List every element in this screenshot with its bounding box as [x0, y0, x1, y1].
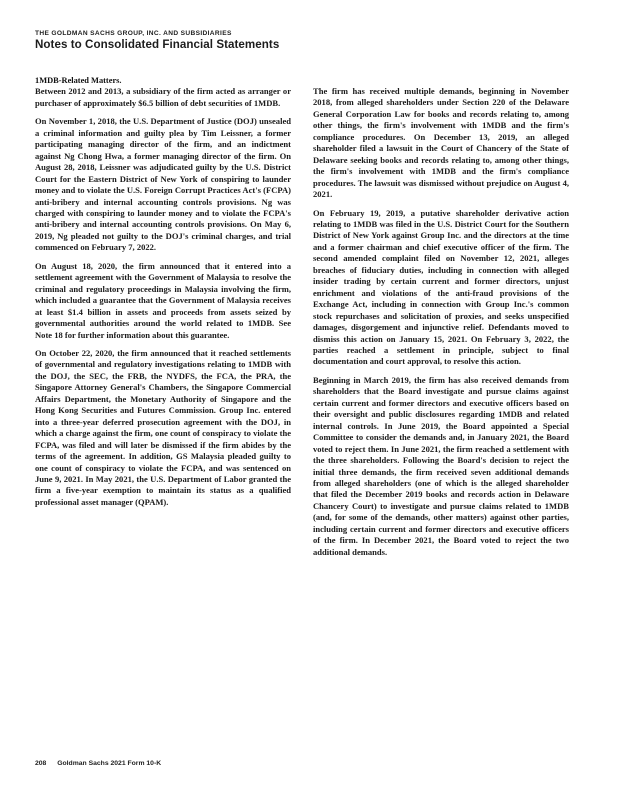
- section-heading: 1MDB-Related Matters.: [35, 75, 291, 86]
- company-name: The Goldman Sachs Group, Inc. and Subsid…: [35, 29, 575, 38]
- paragraph: The firm has received multiple demands, …: [313, 86, 569, 201]
- page-number: 208: [35, 760, 46, 767]
- paragraph: On November 1, 2018, the U.S. Department…: [35, 116, 291, 253]
- paragraph: On February 19, 2019, a putative shareho…: [313, 208, 569, 368]
- page-header: The Goldman Sachs Group, Inc. and Subsid…: [35, 29, 575, 52]
- right-column: The firm has received multiple demands, …: [313, 86, 569, 565]
- paragraph-text: Between 2012 and 2013, a subsidiary of t…: [35, 86, 291, 107]
- page-footer: 208 Goldman Sachs 2021 Form 10-K: [35, 760, 161, 767]
- paragraph: On October 22, 2020, the firm announced …: [35, 348, 291, 508]
- page-title: Notes to Consolidated Financial Statemen…: [35, 38, 575, 52]
- paragraph: Beginning in March 2019, the firm has al…: [313, 375, 569, 558]
- paragraph: 1MDB-Related Matters. Between 2012 and 2…: [35, 75, 291, 109]
- left-column: 1MDB-Related Matters. Between 2012 and 2…: [35, 75, 291, 515]
- paragraph: On August 18, 2020, the firm announced t…: [35, 261, 291, 341]
- publication-name: Goldman Sachs 2021 Form 10-K: [57, 760, 161, 767]
